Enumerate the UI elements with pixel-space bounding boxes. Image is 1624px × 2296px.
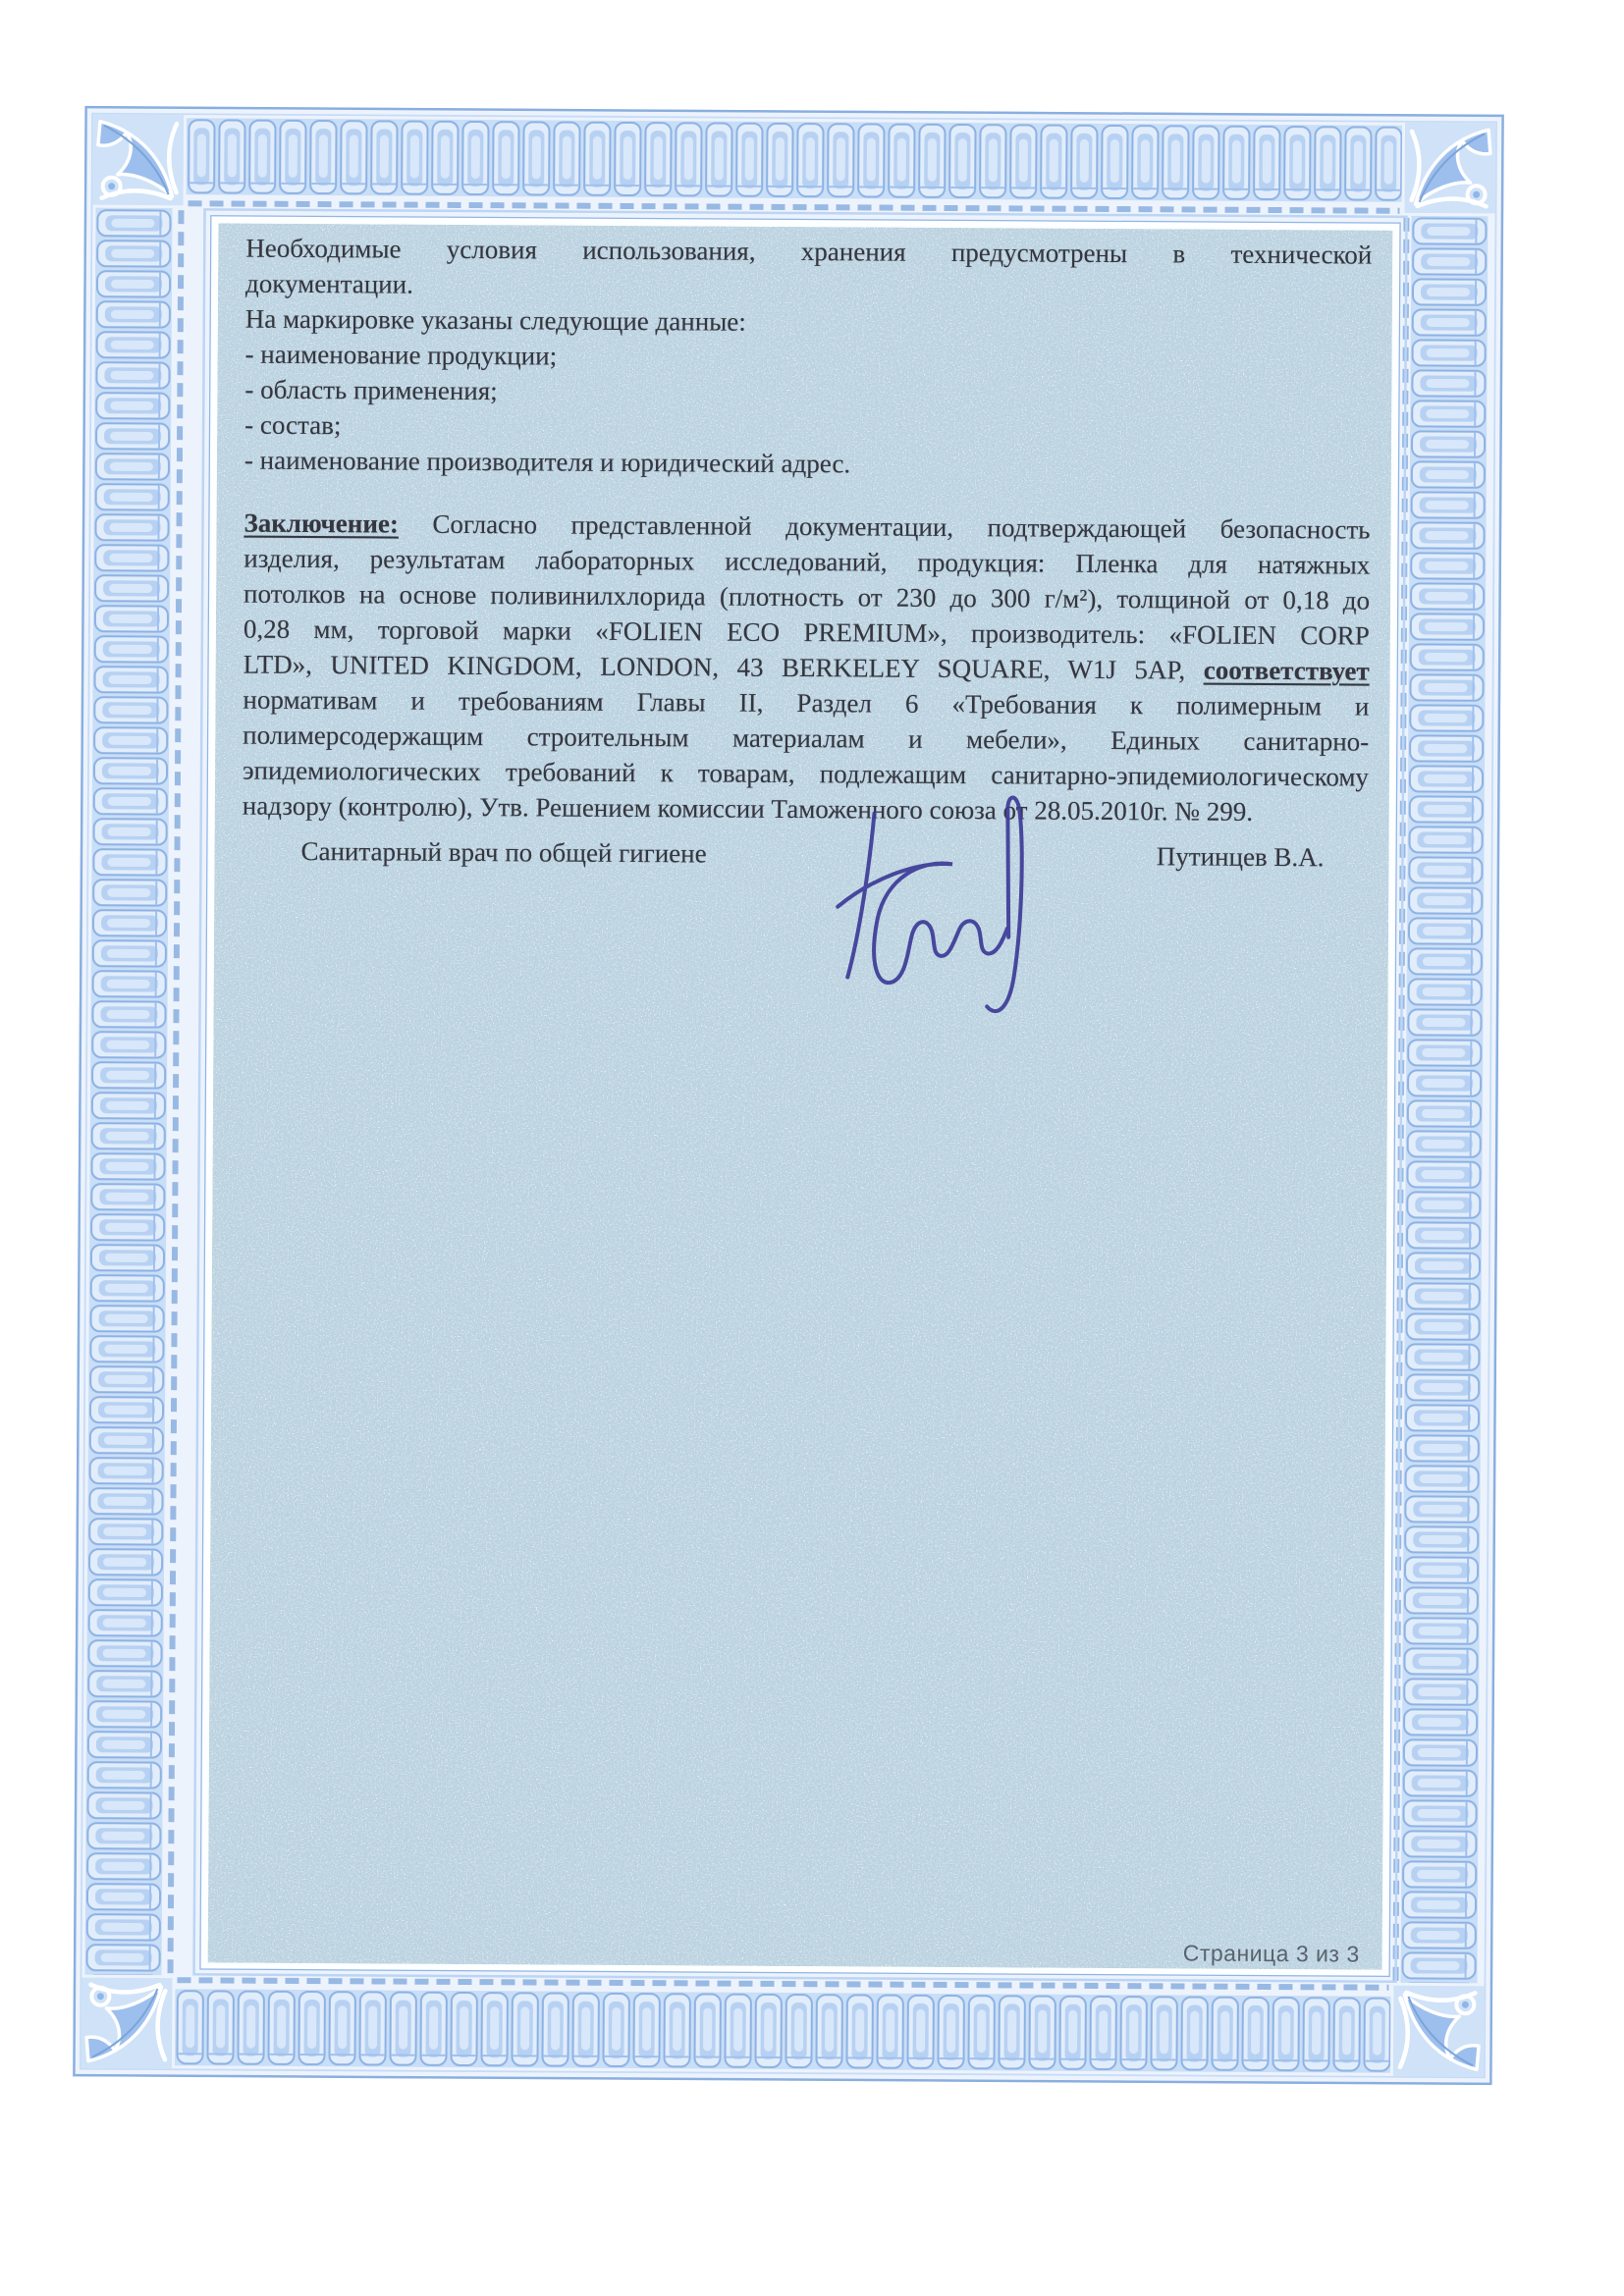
corner-ornament-bottom-left (81, 1978, 173, 2069)
signature-row: Санитарный врач по общей гигиене Путинце… (242, 833, 1368, 876)
border-bead-band-top (187, 118, 1402, 202)
border-bead-band-right (1400, 216, 1488, 1983)
signature-scribble (815, 781, 1053, 1028)
signatory-title: Санитарный врач по общей гигиене (300, 833, 706, 872)
page-indicator: Страница 3 из 3 (1183, 1940, 1360, 1967)
conclusion-paragraph: Заключение: Согласно представленной доку… (243, 506, 1371, 830)
border-bead-band-left (85, 208, 173, 1975)
intro-line: Необходимые условия использования, хране… (245, 231, 1372, 273)
marking-item: - наименование производителя и юридическ… (244, 443, 1371, 485)
conclusion-emphasis: соответствует (1204, 656, 1370, 686)
certificate-page: Необходимые условия использования, хране… (73, 106, 1504, 2086)
document-text: Необходимые условия использования, хране… (201, 216, 1400, 1975)
corner-ornament-bottom-right (1393, 1986, 1485, 2077)
conclusion-heading: Заключение: (244, 508, 399, 539)
paper-panel: Необходимые условия использования, хране… (201, 216, 1400, 1975)
corner-ornament-top-right (1405, 123, 1496, 214)
signatory-name: Путинцев В.А. (1157, 838, 1325, 875)
corner-ornament-top-left (93, 115, 185, 206)
conclusion-line: надзору (контролю), Утв. Решением комисс… (243, 788, 1369, 830)
border-bead-band-bottom (175, 1989, 1390, 2073)
conclusion-text: Согласно представленной документации, по… (399, 509, 1371, 545)
conclusion-text: LTD», UNITED KINGDOM, LONDON, 43 BERKELE… (244, 650, 1204, 685)
marking-item: - область применения; (244, 372, 1371, 414)
